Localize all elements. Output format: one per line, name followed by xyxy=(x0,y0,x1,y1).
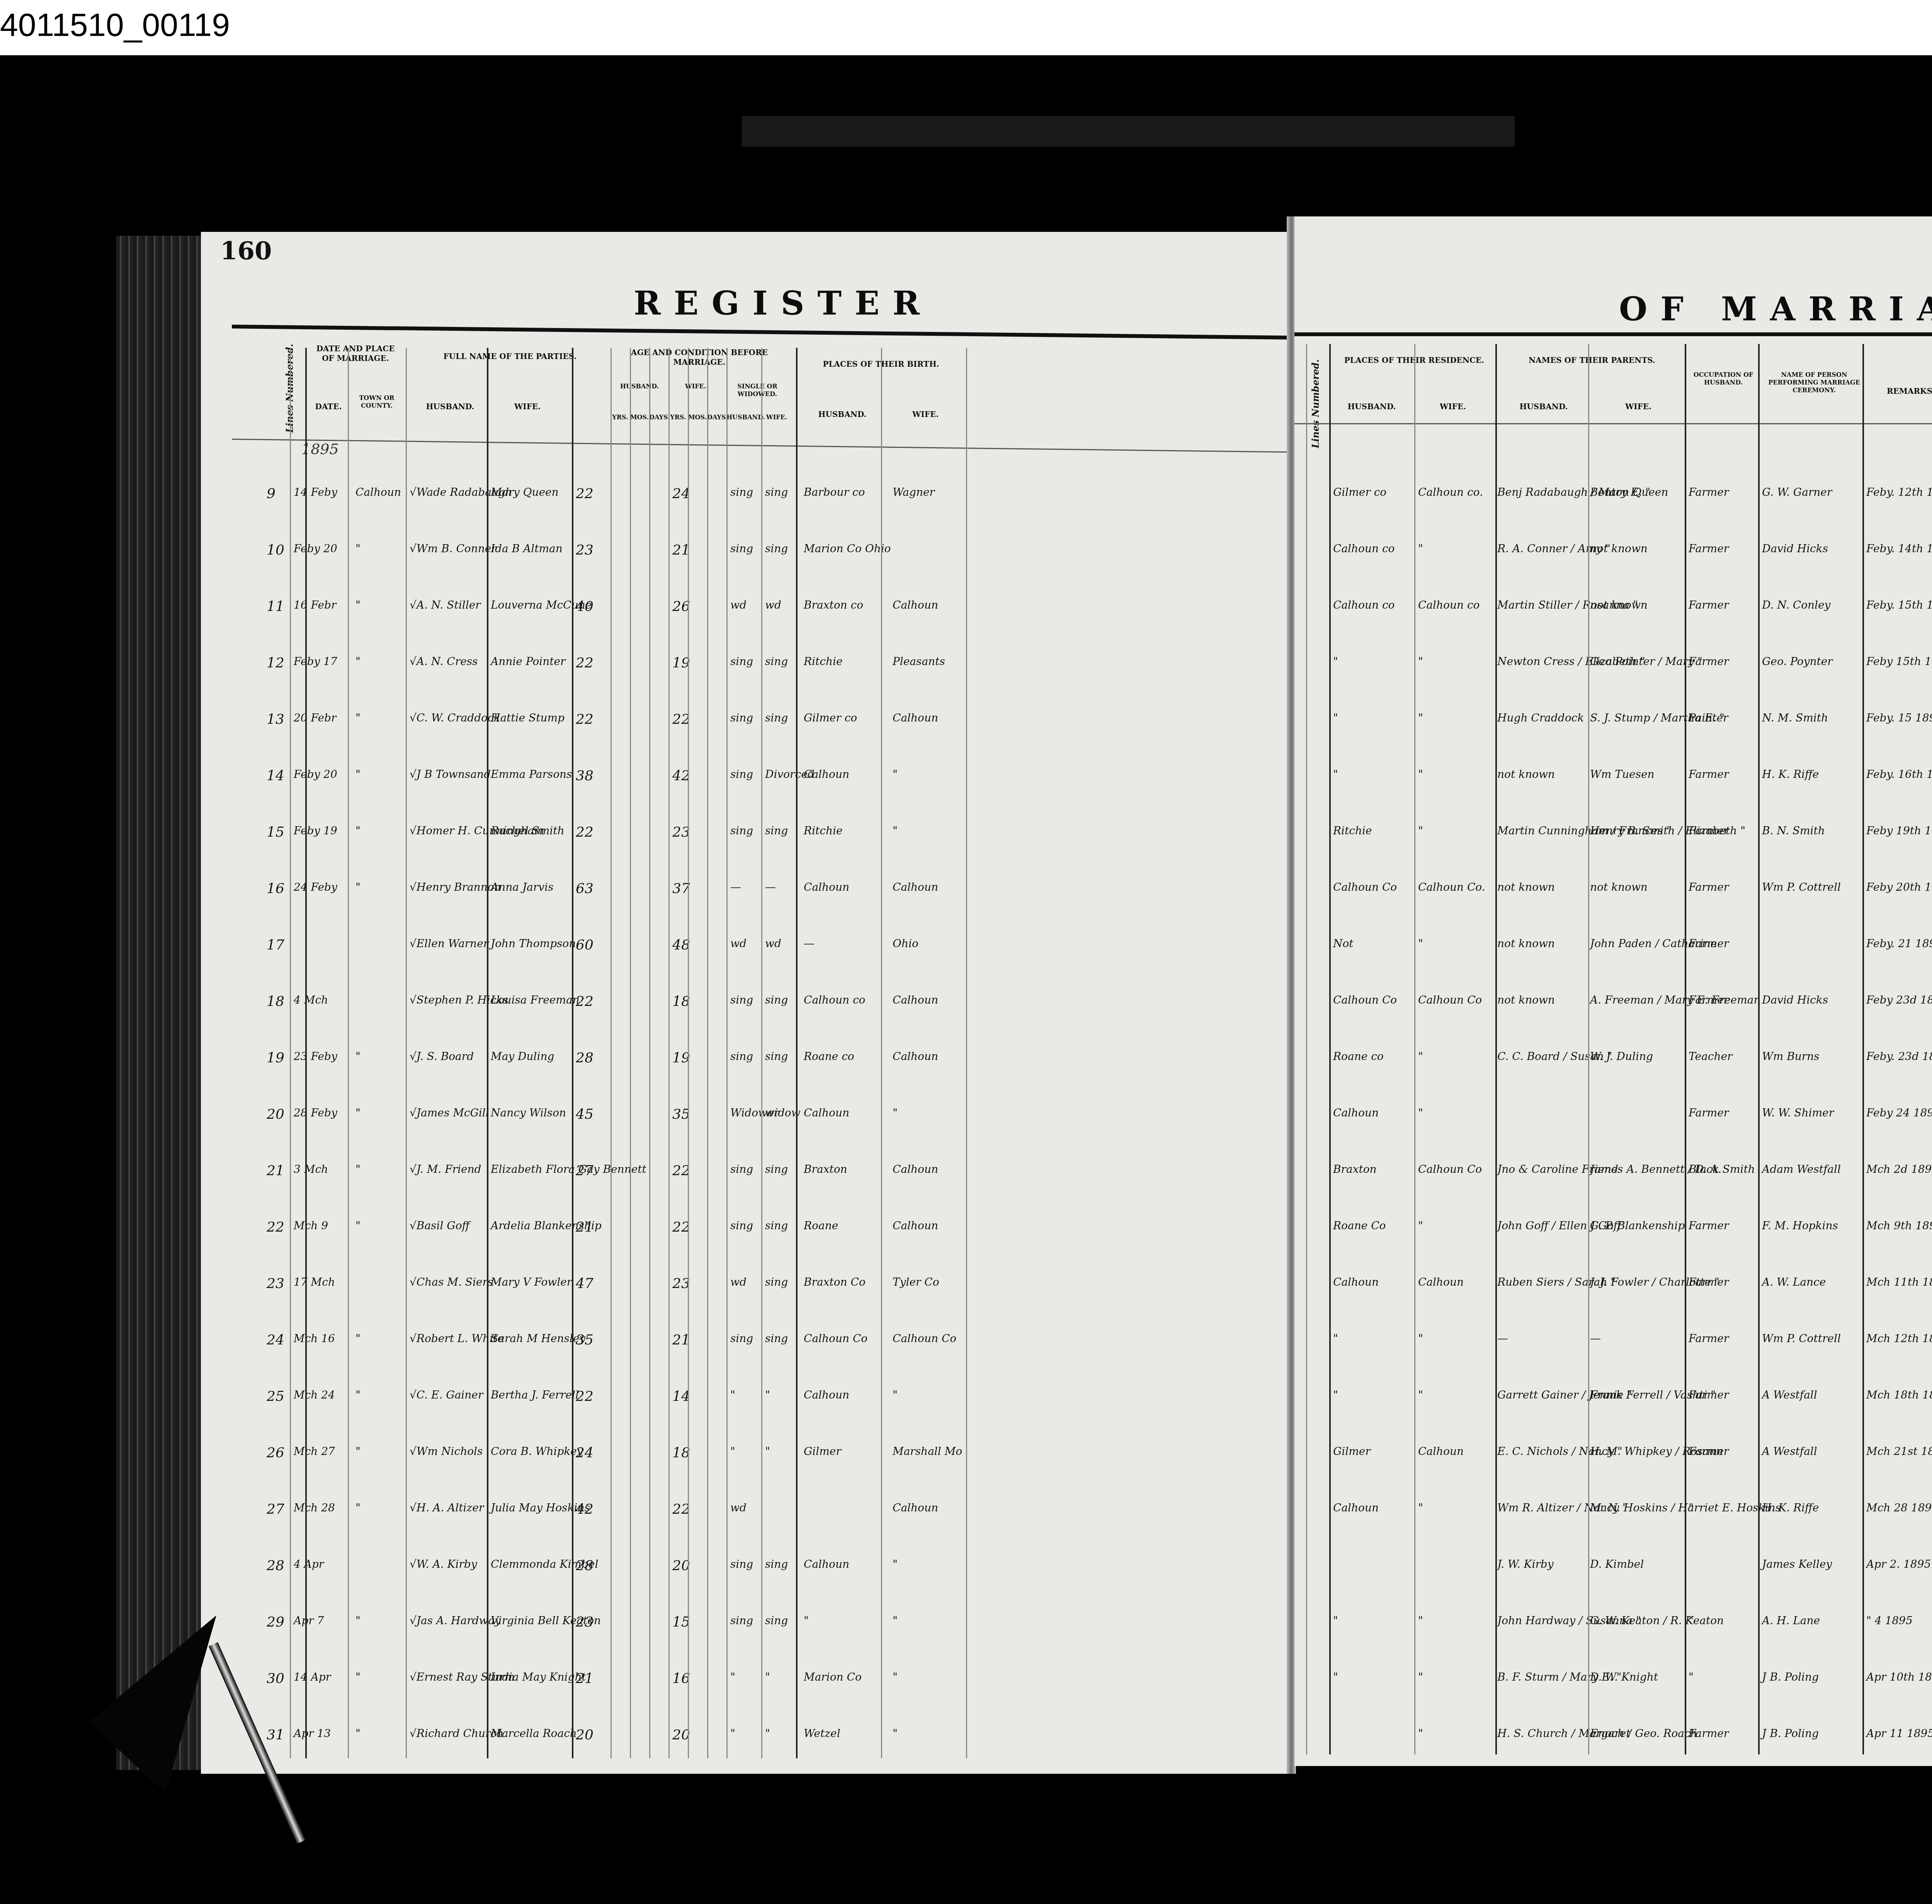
line-number: 28 xyxy=(267,1559,284,1573)
husband-condition: sing xyxy=(730,1615,753,1626)
header-sw-husband: Husband. xyxy=(726,413,761,421)
wife-birthplace: Calhoun xyxy=(893,995,938,1006)
husband-name: √J B Townsand xyxy=(410,769,491,780)
column-rule xyxy=(1414,344,1415,1754)
husband-age: 27 xyxy=(576,1164,594,1178)
occupation: Farmer xyxy=(1689,543,1729,554)
line-number: 29 xyxy=(267,1615,284,1629)
column-rule xyxy=(688,348,689,1758)
occupation: Teacher xyxy=(1689,1051,1732,1062)
wife-residence: Calhoun Co xyxy=(1418,1164,1482,1175)
husband-name: √J. M. Friend xyxy=(410,1164,481,1175)
officiant: David Hicks xyxy=(1762,995,1828,1006)
wife-residence: Calhoun xyxy=(1418,1446,1464,1457)
wife-age: 22 xyxy=(672,1220,690,1234)
wife-condition: " xyxy=(765,1446,770,1457)
wife-age: 21 xyxy=(672,1333,690,1347)
officiant: D. N. Conley xyxy=(1762,600,1830,611)
husband-condition: sing xyxy=(730,769,753,780)
header-par-wife: Wife. xyxy=(1592,402,1685,412)
remarks: Apr 10th 1895 xyxy=(1866,1672,1932,1683)
occupation: Farmer xyxy=(1689,825,1729,836)
husband-birthplace: Braxton co xyxy=(804,600,863,611)
header-age-husband: Husband. xyxy=(611,383,668,390)
husband-birthplace: " xyxy=(804,1615,809,1626)
remarks: Mch 28 1895 H. K. Riffe xyxy=(1866,1502,1932,1513)
wife-age: 15 xyxy=(672,1615,690,1629)
wife-condition: sing xyxy=(765,1220,788,1231)
wife-parents: D. W. Knight xyxy=(1590,1672,1658,1683)
column-rule xyxy=(290,348,291,1758)
header-h-mos: Mos. xyxy=(630,413,649,421)
remarks: Mch 12th 1895 xyxy=(1866,1333,1932,1344)
wife-condition: sing xyxy=(765,1277,788,1288)
husband-condition: sing xyxy=(730,713,753,723)
husband-name: √Robert L. White xyxy=(410,1333,504,1344)
wife-residence: " xyxy=(1418,1333,1423,1344)
husband-condition: sing xyxy=(730,656,753,667)
wife-parents: not known xyxy=(1590,600,1648,611)
husband-condition: " xyxy=(730,1390,735,1400)
remarks: Apr 11 1895 xyxy=(1866,1728,1932,1739)
wife-name: Bertha J. Ferrell xyxy=(491,1390,579,1400)
officiant: J B. Poling xyxy=(1762,1672,1819,1683)
town-county: " xyxy=(355,543,361,554)
husband-condition: sing xyxy=(730,543,753,554)
occupation: Black Smith xyxy=(1689,1164,1755,1175)
husband-name: √Wm B. Conner xyxy=(410,543,497,554)
marriage-date: Apr 13 xyxy=(294,1728,331,1739)
husband-age: 22 xyxy=(576,656,594,670)
husband-residence: Ritchie xyxy=(1333,825,1372,836)
remarks: Feby 24 1895 xyxy=(1866,1108,1932,1118)
officiant: A. W. Lance xyxy=(1762,1277,1826,1288)
wife-residence: " xyxy=(1418,1390,1423,1400)
remarks: Mch 2d 1895 xyxy=(1866,1164,1932,1175)
remarks: Feby. 21 1895 xyxy=(1866,938,1932,949)
husband-age: 22 xyxy=(576,995,594,1009)
wife-age: 42 xyxy=(672,769,690,783)
husband-residence: " xyxy=(1333,1333,1338,1344)
wife-parents: not known xyxy=(1590,882,1648,893)
officiant: W. W. Shimer xyxy=(1762,1108,1834,1118)
wife-age: 16 xyxy=(672,1672,690,1686)
wife-age: 35 xyxy=(672,1108,690,1121)
remarks: Feby. 14th 1895 xyxy=(1866,543,1932,554)
marriage-date: 23 Feby xyxy=(294,1051,337,1062)
town-county: " xyxy=(355,1390,361,1400)
town-county: " xyxy=(355,1164,361,1175)
remarks: Feby. 12th 1895 xyxy=(1866,487,1932,498)
husband-condition: wd xyxy=(730,600,747,611)
column-rule xyxy=(406,348,407,1758)
wife-residence: " xyxy=(1418,713,1423,723)
line-number: 9 xyxy=(267,487,276,501)
right-page: 161 OF MARRIAGES. Lines Numbered. Places… xyxy=(1294,216,1932,1766)
column-rule xyxy=(348,348,349,1758)
husband-birthplace: Barbour co xyxy=(804,487,865,498)
husband-name: √C. E. Gainer xyxy=(410,1390,483,1400)
wife-condition: sing xyxy=(765,825,788,836)
officiant: G. W. Garner xyxy=(1762,487,1832,498)
wife-parents: Wm Tuesen xyxy=(1590,769,1654,780)
wife-birthplace: Calhoun Co xyxy=(893,1333,956,1344)
husband-name: √J. S. Board xyxy=(410,1051,474,1062)
wife-parents: W. J. Duling xyxy=(1590,1051,1653,1062)
husband-birthplace: Wetzel xyxy=(804,1728,840,1739)
wife-parents: D. Kimbel xyxy=(1590,1559,1644,1570)
husband-age: 28 xyxy=(576,1051,594,1065)
wife-condition: sing xyxy=(765,1164,788,1175)
husband-birthplace: Ritchie xyxy=(804,825,843,836)
wife-condition: — xyxy=(765,882,776,893)
column-rule xyxy=(1306,344,1307,1754)
line-number: 17 xyxy=(267,938,284,952)
wife-birthplace: Calhoun xyxy=(893,1502,938,1513)
husband-condition: sing xyxy=(730,825,753,836)
line-number: 20 xyxy=(267,1108,284,1121)
column-rule xyxy=(572,348,573,1758)
remarks: Feby. 23d 1895 xyxy=(1866,1051,1932,1062)
header-date: Date. xyxy=(309,402,348,412)
wife-age: 22 xyxy=(672,1164,690,1178)
header-top-rule xyxy=(232,325,1294,340)
town-county: " xyxy=(355,825,361,836)
husband-residence: Calhoun co xyxy=(1333,600,1395,611)
husband-condition: wd xyxy=(730,1502,747,1513)
header-h-days: Days. xyxy=(649,413,668,421)
header-full-name: Full Name of the Parties. xyxy=(417,352,603,361)
husband-name: √Wm Nichols xyxy=(410,1446,483,1457)
wife-name: Sarah M Hensley xyxy=(491,1333,585,1344)
page-title: REGISTER xyxy=(634,284,933,322)
book-page-edges-left xyxy=(116,236,209,1770)
remarks: " 4 1895 xyxy=(1866,1615,1913,1626)
husband-birthplace: Roane co xyxy=(804,1051,854,1062)
column-rule xyxy=(1495,344,1497,1754)
header-occupation: Occupation of Husband. xyxy=(1689,371,1758,386)
husband-name: √Chas M. Siers xyxy=(410,1277,493,1288)
husband-condition: wd xyxy=(730,938,747,949)
husband-birthplace: Calhoun Co xyxy=(804,1333,867,1344)
column-rule xyxy=(630,348,631,1758)
line-number: 24 xyxy=(267,1333,284,1347)
husband-age: 21 xyxy=(576,1672,594,1686)
husband-residence: Calhoun xyxy=(1333,1277,1379,1288)
marriage-date: 14 Apr xyxy=(294,1672,331,1683)
marriage-date: Mch 27 xyxy=(294,1446,335,1457)
husband-birthplace: Calhoun xyxy=(804,1108,849,1118)
husband-condition: — xyxy=(730,882,741,893)
officiant: Wm P. Cottrell xyxy=(1762,1333,1841,1344)
page-title: OF MARRIAGES. xyxy=(1619,290,1932,328)
husband-condition: sing xyxy=(730,1051,753,1062)
occupation: Farmer xyxy=(1689,1390,1729,1400)
line-number: 13 xyxy=(267,713,284,727)
occupation: Farmer xyxy=(1689,1220,1729,1231)
wife-name: Mary Queen xyxy=(491,487,559,498)
marriage-date: Apr 7 xyxy=(294,1615,324,1626)
husband-residence: Gilmer xyxy=(1333,1446,1371,1457)
wife-residence: Calhoun xyxy=(1418,1277,1464,1288)
wife-residence: " xyxy=(1418,825,1423,836)
line-number: 12 xyxy=(267,656,284,670)
column-rule xyxy=(305,348,307,1758)
husband-age: 38 xyxy=(576,769,594,783)
column-rule xyxy=(726,348,728,1758)
header-age-wife: Wife. xyxy=(668,383,723,390)
marriage-date: 24 Feby xyxy=(294,882,337,893)
header-res-husband: Husband. xyxy=(1333,402,1410,412)
wife-birthplace: " xyxy=(893,1390,898,1400)
husband-age: 22 xyxy=(576,825,594,839)
remarks: Mch 18th 1895 xyxy=(1866,1390,1932,1400)
remarks: Mch 21st 1895 xyxy=(1866,1446,1932,1457)
marriage-date: Mch 28 xyxy=(294,1502,335,1513)
husband-name: √Richard Church xyxy=(410,1728,503,1739)
wife-name: Julia May Hoskins xyxy=(491,1502,590,1513)
officiant: James Kelley xyxy=(1762,1559,1832,1570)
husband-age: 42 xyxy=(576,1502,594,1516)
column-rule xyxy=(1862,344,1864,1754)
wife-residence: " xyxy=(1418,1051,1423,1062)
wife-name: May Duling xyxy=(491,1051,554,1062)
header-officiant: Name of Person Performing Marriage Cerem… xyxy=(1762,371,1866,394)
line-number: 18 xyxy=(267,995,284,1009)
marriage-date: Feby 17 xyxy=(294,656,337,667)
marriage-date: Feby 20 xyxy=(294,543,337,554)
header-birth-wife: Wife. xyxy=(893,410,958,419)
husband-condition: sing xyxy=(730,487,753,498)
wife-birthplace: Calhoun xyxy=(893,713,938,723)
line-number: 16 xyxy=(267,882,284,896)
town-county: " xyxy=(355,1672,361,1683)
husband-birthplace: Braxton xyxy=(804,1164,847,1175)
husband-age: 63 xyxy=(576,882,594,896)
husband-age: 45 xyxy=(576,1108,594,1121)
marriage-date: 16 Febr xyxy=(294,600,336,611)
husband-condition: " xyxy=(730,1446,735,1457)
wife-residence: " xyxy=(1418,656,1423,667)
line-number: 21 xyxy=(267,1164,284,1178)
occupation: Farmer xyxy=(1689,995,1729,1006)
wife-residence: " xyxy=(1418,769,1423,780)
wife-condition: sing xyxy=(765,656,788,667)
remarks: Feby. 15 1895 xyxy=(1866,713,1932,723)
husband-condition: sing xyxy=(730,1559,753,1570)
remarks: Feby. 16th 1895 xyxy=(1866,769,1932,780)
husband-birthplace: Roane xyxy=(804,1220,838,1231)
husband-condition: " xyxy=(730,1728,735,1739)
husband-age: 23 xyxy=(576,1615,594,1629)
wife-birthplace: Marshall Mo xyxy=(893,1446,962,1457)
husband-residence: Roane co xyxy=(1333,1051,1384,1062)
header-remarks: Remarks. xyxy=(1866,386,1932,396)
line-number: 15 xyxy=(267,825,284,839)
wife-residence: " xyxy=(1418,1220,1423,1231)
occupation: Farmer xyxy=(1689,769,1729,780)
marriage-date: 28 Feby xyxy=(294,1108,337,1118)
husband-residence: " xyxy=(1333,656,1338,667)
husband-birthplace: — xyxy=(804,938,815,949)
husband-parents: — xyxy=(1497,1333,1508,1344)
line-number: 19 xyxy=(267,1051,284,1065)
marriage-date: 4 Apr xyxy=(294,1559,324,1570)
husband-parents: J. W. Kirby xyxy=(1497,1559,1554,1570)
husband-birthplace: Calhoun co xyxy=(804,995,865,1006)
column-rule xyxy=(966,348,967,1758)
husband-age: 20 xyxy=(576,1728,594,1742)
wife-name: Cora B. Whipkey xyxy=(491,1446,583,1457)
wife-condition: sing xyxy=(765,713,788,723)
wife-residence: " xyxy=(1418,1502,1423,1513)
wife-age: 48 xyxy=(672,938,690,952)
remarks: Feby 23d 1895 xyxy=(1866,995,1932,1006)
wife-condition: sing xyxy=(765,995,788,1006)
husband-birthplace: Ritchie xyxy=(804,656,843,667)
wife-age: 20 xyxy=(672,1559,690,1573)
wife-age: 20 xyxy=(672,1728,690,1742)
column-rule xyxy=(487,348,488,1758)
occupation: " xyxy=(1689,1502,1694,1513)
header-town-county: Town or County. xyxy=(352,394,402,410)
column-rule xyxy=(649,348,650,1758)
left-page: 160 REGISTER Lines Numbered. Date and Pl… xyxy=(201,232,1294,1774)
header-w-yrs: Yrs. xyxy=(668,413,688,421)
wife-age: 37 xyxy=(672,882,690,896)
wife-age: 21 xyxy=(672,543,690,557)
line-number: 10 xyxy=(267,543,284,557)
town-county: " xyxy=(355,1615,361,1626)
wife-parents: G. W. Keaton / R. Keaton xyxy=(1590,1615,1724,1626)
wife-parents: — xyxy=(1590,1333,1601,1344)
wife-birthplace: Calhoun xyxy=(893,1164,938,1175)
husband-parents: Hugh Craddock xyxy=(1497,713,1584,723)
husband-residence: Gilmer co xyxy=(1333,487,1386,498)
wife-age: 23 xyxy=(672,825,690,839)
wife-condition: sing xyxy=(765,543,788,554)
husband-birthplace: Calhoun xyxy=(804,882,849,893)
officiant: A Westfall xyxy=(1762,1446,1817,1457)
wife-name: Rachel Smith xyxy=(491,825,565,836)
town-county: " xyxy=(355,1220,361,1231)
column-rule xyxy=(881,348,882,1758)
remarks: Mch 9th 1895 xyxy=(1866,1220,1932,1231)
husband-age: 22 xyxy=(576,713,594,727)
officiant: J B. Poling xyxy=(1762,1728,1819,1739)
occupation: Farmer xyxy=(1689,1446,1729,1457)
husband-birthplace: Calhoun xyxy=(804,1390,849,1400)
husband-residence: " xyxy=(1333,769,1338,780)
wife-age: 19 xyxy=(672,656,690,670)
occupation: Farmer xyxy=(1689,1277,1729,1288)
wife-birthplace: Calhoun xyxy=(893,1220,938,1231)
header-h-yrs: Yrs. xyxy=(611,413,630,421)
wife-name: Mary V Fowler xyxy=(491,1277,572,1288)
officiant: Wm Burns xyxy=(1762,1051,1820,1062)
husband-residence: Braxton xyxy=(1333,1164,1377,1175)
officiant: N. M. Smith xyxy=(1762,713,1828,723)
husband-age: 23 xyxy=(576,543,594,557)
header-par-husband: Husband. xyxy=(1499,402,1588,412)
marriage-date: Mch 9 xyxy=(294,1220,328,1231)
occupation: Farmer xyxy=(1689,1108,1729,1118)
wife-name: Annie Pointer xyxy=(491,656,565,667)
wife-name: Nancy Wilson xyxy=(491,1108,566,1118)
column-rule xyxy=(1685,344,1686,1754)
image-label-strip: 4011510_00119 xyxy=(0,0,1932,55)
column-rule xyxy=(668,348,670,1758)
officiant: H. K. Riffe xyxy=(1762,769,1819,780)
wife-residence: " xyxy=(1418,1728,1423,1739)
husband-condition: wd xyxy=(730,1277,747,1288)
wife-birthplace: Calhoun xyxy=(893,882,938,893)
wife-age: 22 xyxy=(672,1502,690,1516)
husband-residence: Roane Co xyxy=(1333,1220,1386,1231)
wife-residence: Calhoun Co. xyxy=(1418,882,1485,893)
image-id: 4011510_00119 xyxy=(0,9,230,41)
remarks: Feby 15th 1895 xyxy=(1866,656,1932,667)
husband-parents: not known xyxy=(1497,995,1555,1006)
husband-age: 22 xyxy=(576,1390,594,1404)
marriage-date: 17 Mch xyxy=(294,1277,335,1288)
header-bottom-rule xyxy=(232,439,1294,453)
wife-age: 26 xyxy=(672,600,690,614)
husband-birthplace: Gilmer xyxy=(804,1446,841,1457)
husband-residence: Calhoun xyxy=(1333,1502,1379,1513)
remarks: Feby. 15th 1895 xyxy=(1866,600,1932,611)
wife-birthplace: Calhoun xyxy=(893,1051,938,1062)
wife-condition: sing xyxy=(765,1559,788,1570)
column-rule xyxy=(611,348,612,1758)
officiant: H. K. Riffe xyxy=(1762,1502,1819,1513)
wife-parents: Enoch / Geo. Roach xyxy=(1590,1728,1697,1739)
wife-birthplace: " xyxy=(893,1672,898,1683)
wife-age: 14 xyxy=(672,1390,690,1404)
wife-condition: " xyxy=(765,1390,770,1400)
husband-residence: " xyxy=(1333,1615,1338,1626)
marriage-date: 4 Mch xyxy=(294,995,328,1006)
husband-residence: Calhoun co xyxy=(1333,543,1395,554)
header-name-wife: Wife. xyxy=(495,402,560,412)
occupation: Farmer xyxy=(1689,487,1729,498)
occupation: Farmer xyxy=(1689,1333,1729,1344)
wife-birthplace: Wagner xyxy=(893,487,935,498)
husband-name: √H. A. Altizer xyxy=(410,1502,484,1513)
occupation: Farmer xyxy=(1689,656,1729,667)
header-w-days: Days. xyxy=(707,413,726,421)
occupation: Painter xyxy=(1689,713,1728,723)
line-number: 25 xyxy=(267,1390,284,1404)
column-rule xyxy=(1588,344,1589,1754)
wife-parents: not known xyxy=(1590,543,1648,554)
wife-condition: " xyxy=(765,1728,770,1739)
husband-condition: " xyxy=(730,1672,735,1683)
marriage-date: Feby 20 xyxy=(294,769,337,780)
wife-name: John Thompson xyxy=(491,938,576,949)
husband-birthplace: Marion Co Ohio xyxy=(804,543,891,554)
husband-name: √W. A. Kirby xyxy=(410,1559,477,1570)
town-county: " xyxy=(355,1051,361,1062)
husband-name: √Basil Goff xyxy=(410,1220,469,1231)
header-lines-numbered: Lines Numbered. xyxy=(1310,359,1321,448)
marriage-date: 14 Feby xyxy=(294,487,337,498)
officiant: A. H. Lane xyxy=(1762,1615,1820,1626)
husband-age: 47 xyxy=(576,1277,594,1291)
marriage-date: Feby 19 xyxy=(294,825,337,836)
remarks: Mch 11th 1895 xyxy=(1866,1277,1932,1288)
page-number: 160 xyxy=(220,237,272,265)
